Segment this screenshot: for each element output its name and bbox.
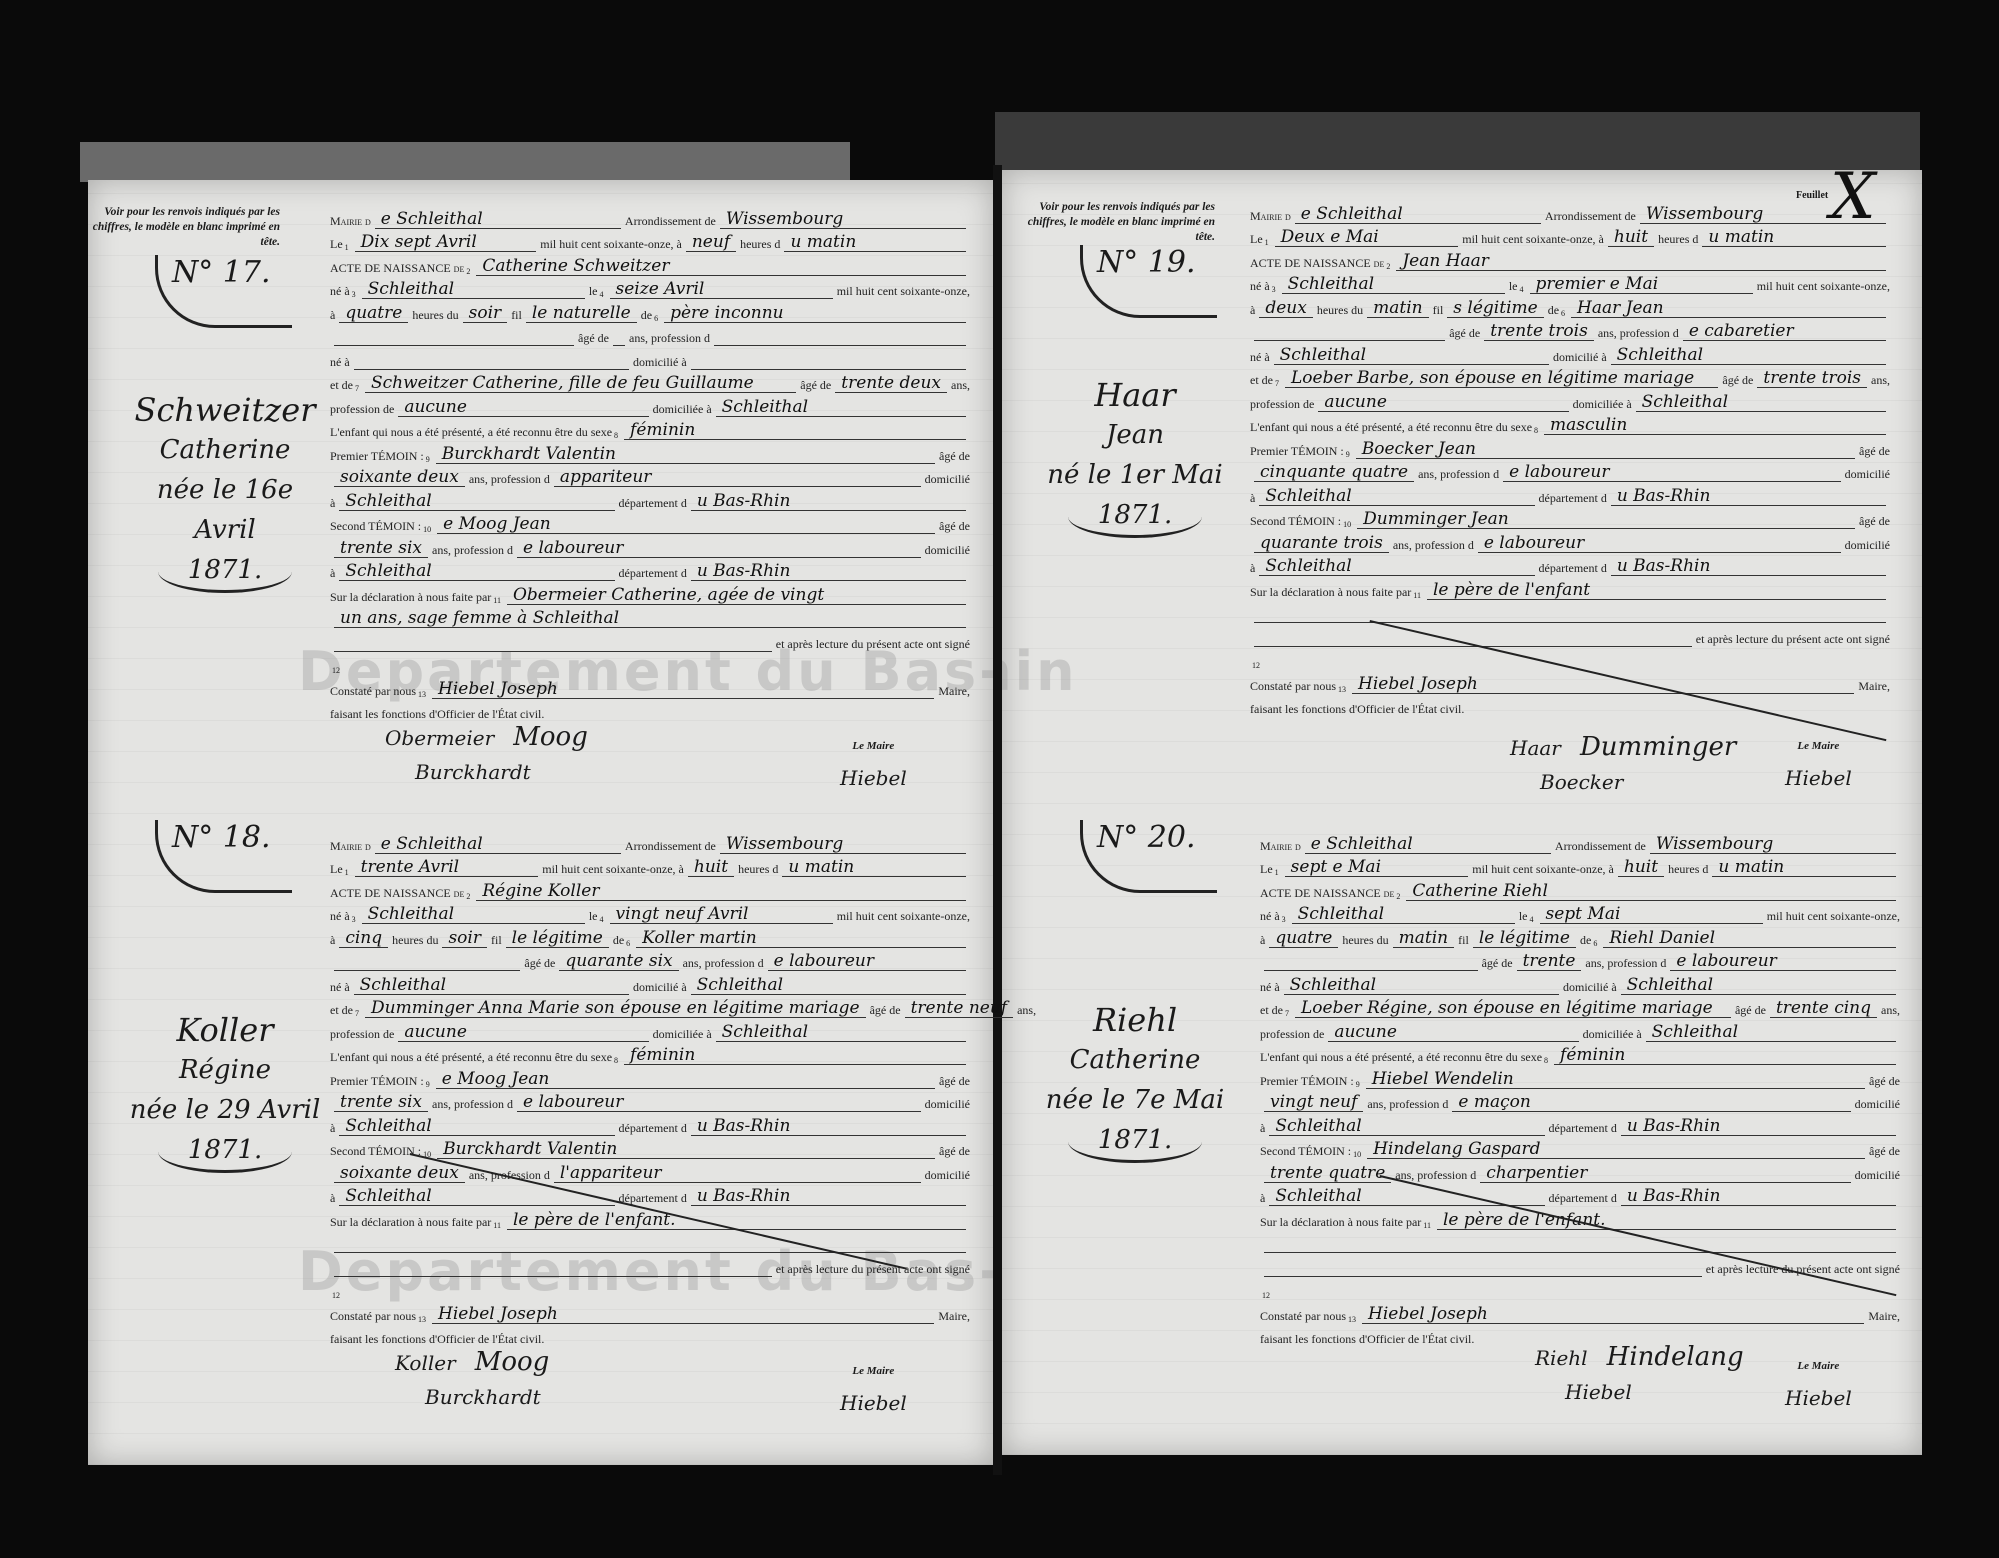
form-label: Arrondissement de: [625, 839, 716, 854]
witness1-department: u Bas-Rhin: [691, 1117, 966, 1136]
form-label: ans, profession d: [1393, 538, 1474, 553]
footnote-ref: 7: [355, 384, 359, 393]
margin-year: 1871.: [1068, 495, 1202, 538]
form-label: domiciliée à: [1573, 397, 1632, 412]
footnote-ref: 6: [654, 314, 658, 323]
footnote-ref: 4: [1530, 915, 1534, 924]
form-label: mil huit cent soixante-onze, à: [542, 862, 684, 877]
signature: Moog: [475, 1347, 550, 1377]
form-label: Le: [330, 237, 343, 252]
filiation: s légitime: [1447, 299, 1543, 318]
footnote-ref: 12: [1252, 661, 1260, 670]
act-hour: huit: [1618, 858, 1664, 877]
maire-signature: Hiebel: [1785, 1386, 1852, 1410]
father-name: Koller martin: [636, 929, 966, 948]
form-label: et de: [1250, 373, 1273, 388]
birth-date: sept Mai: [1540, 905, 1763, 924]
form-label: fil: [511, 308, 522, 323]
father-profession: e laboureur: [768, 952, 966, 971]
signature: Haar: [1510, 736, 1561, 760]
form-label: à: [330, 308, 335, 323]
declarant: le père de l'enfant: [1427, 581, 1886, 600]
form-label: ans, profession d: [432, 1097, 513, 1112]
birth-period: soir: [463, 304, 508, 323]
signature: Riehl: [1535, 1346, 1588, 1370]
form-label: à: [1260, 1191, 1265, 1206]
form-label: Maire,: [1868, 1309, 1900, 1324]
form-label: heures d: [740, 237, 780, 252]
binding-board-left: [80, 142, 850, 182]
margin-birth-date: né le 1er Mai: [1035, 455, 1235, 495]
footnote-ref: 9: [426, 455, 430, 464]
maire-signature: Hiebel: [1785, 766, 1852, 790]
form-label: âgé de: [870, 1003, 901, 1018]
form-label: âgé de: [524, 956, 555, 971]
form-label: né à: [1260, 909, 1280, 924]
mother-domicile: Schleithal: [1636, 393, 1886, 412]
witness1-place: Schleithal: [1259, 487, 1534, 506]
form-label: né à: [330, 980, 350, 995]
father-birthplace: Schleithal: [1274, 346, 1549, 365]
child-name: Catherine Schweitzer: [476, 257, 966, 276]
father-domicile: [691, 369, 966, 370]
form-label: domicilié: [1845, 538, 1890, 553]
mother-name: Dumminger Anna Marie son épouse en légit…: [365, 999, 866, 1018]
act-time-of-day: u matin: [784, 233, 966, 252]
form-label: heures du: [412, 308, 458, 323]
declarant: le père de l'enfant.: [1437, 1211, 1896, 1230]
witness2-name: Hindelang Gaspard: [1367, 1140, 1865, 1159]
father-profession: e laboureur: [1670, 952, 1896, 971]
signatures: Riehl HindelangHiebel: [1535, 1340, 1744, 1409]
father-age: quarante six: [559, 952, 678, 971]
form-label: Premier TÉMOIN :: [1250, 444, 1344, 459]
margin-given-name: Jean: [1035, 415, 1235, 455]
form-label: ACTE DE NAISSANCE de: [330, 261, 464, 276]
footnote-ref: 13: [1348, 1315, 1356, 1324]
maire-signature-block: Le MaireHiebel: [1785, 1360, 1852, 1410]
form-label: et de: [1260, 1003, 1283, 1018]
birthplace: Schleithal: [1282, 275, 1505, 294]
declarant-continued: un ans, sage femme à Schleithal: [334, 609, 966, 628]
father-profession: e cabaretier: [1683, 322, 1886, 341]
mother-profession: aucune: [398, 398, 648, 417]
mairie-value: e Schleithal: [375, 210, 621, 229]
form-label: L'enfant qui nous a été présenté, a été …: [330, 1050, 612, 1065]
mother-domicile: Schleithal: [716, 398, 966, 417]
footnote-ref: 10: [1353, 1150, 1361, 1159]
footnote-ref: 13: [1338, 685, 1346, 694]
birth-date: vingt neuf Avril: [610, 905, 833, 924]
footnote-ref: 3: [352, 915, 356, 924]
witness1-profession: e laboureur: [517, 1093, 921, 1112]
margin-given-name: Catherine: [125, 430, 325, 470]
margin-birth-date: née le 29 Avril: [125, 1090, 325, 1130]
margin-annotation: RiehlCatherinenée le 7e Mai1871.: [1035, 1000, 1235, 1163]
form-label: Le: [330, 862, 343, 877]
witness2-name: Burckhardt Valentin: [437, 1140, 935, 1159]
form-label: profession de: [1250, 397, 1314, 412]
form-label: et après lecture du présent acte ont sig…: [1696, 632, 1890, 647]
signature: Hindelang: [1607, 1342, 1744, 1372]
margin-annotation: HaarJeanné le 1er Mai1871.: [1035, 375, 1235, 538]
birth-act-form: Mairie de SchleithalArrondissement deWis…: [1260, 830, 1900, 1347]
witness2-place: Schleithal: [1259, 557, 1534, 576]
witness2-name: e Moog Jean: [437, 515, 935, 534]
footnote-ref: 6: [1593, 939, 1597, 948]
child-name: Catherine Riehl: [1406, 882, 1896, 901]
form-label: ans, profession d: [432, 543, 513, 558]
child-name: Jean Haar: [1396, 252, 1886, 271]
form-label: le: [1509, 279, 1518, 294]
arrondissement-value: Wissembourg: [1650, 835, 1896, 854]
witness1-place: Schleithal: [339, 492, 614, 511]
form-label: domicilié: [1855, 1168, 1900, 1183]
form-label: le: [589, 284, 598, 299]
civil-officer-name: Hiebel Joseph: [432, 1305, 934, 1324]
father-birthplace: Schleithal: [1284, 976, 1559, 995]
form-label: Arrondissement de: [1555, 839, 1646, 854]
father-birthplace: [354, 369, 629, 370]
form-label: à: [330, 1191, 335, 1206]
form-label: heures d: [1658, 232, 1698, 247]
mother-name: Loeber Barbe, son épouse en légitime mar…: [1285, 369, 1718, 388]
witness2-department: u Bas-Rhin: [691, 562, 966, 581]
footnote-ref: 2: [466, 892, 470, 901]
form-label: Constaté par nous: [330, 684, 416, 699]
form-label: et de: [330, 1003, 353, 1018]
form-label: Premier TÉMOIN :: [330, 1074, 424, 1089]
form-label: ans, profession d: [1585, 956, 1666, 971]
witness2-name: Dumminger Jean: [1357, 510, 1855, 529]
form-label: Mairie d: [1250, 209, 1291, 224]
form-label: âgé de: [1482, 956, 1513, 971]
witness2-profession: e laboureur: [517, 539, 921, 558]
footnote-ref: 1: [345, 868, 349, 877]
father-profession: [714, 345, 966, 346]
form-label: domicilié à: [1563, 980, 1617, 995]
form-label: domiciliée à: [1583, 1027, 1642, 1042]
mother-profession: aucune: [1328, 1023, 1578, 1042]
form-label: de: [1548, 303, 1559, 318]
form-label: Second TÉMOIN :: [1250, 514, 1341, 529]
mairie-value: e Schleithal: [375, 835, 621, 854]
act-date: Deux e Mai: [1275, 228, 1459, 247]
birth-act-form: Mairie de SchleithalArrondissement deWis…: [330, 830, 970, 1347]
act-date: sept e Mai: [1285, 858, 1469, 877]
form-label: né à: [1250, 350, 1270, 365]
form-label: ans, profession d: [683, 956, 764, 971]
form-label: né à: [330, 355, 350, 370]
birth-hour: cinq: [339, 929, 388, 948]
form-label: heures d: [738, 862, 778, 877]
birth-hour: quatre: [339, 304, 408, 323]
form-label: Constaté par nous: [1250, 679, 1336, 694]
form-label: âgé de: [939, 449, 970, 464]
witness2-place: Schleithal: [339, 562, 614, 581]
witness1-place: Schleithal: [1269, 1117, 1544, 1136]
form-label: département d: [619, 1121, 687, 1136]
witness1-name: Hiebel Wendelin: [1366, 1070, 1865, 1089]
act-time-of-day: u matin: [1702, 228, 1886, 247]
birth-period: matin: [1367, 299, 1428, 318]
footnote-ref: 2: [1396, 892, 1400, 901]
footnote-ref: 1: [345, 243, 349, 252]
form-label: heures du: [1317, 303, 1363, 318]
form-label: à: [1260, 933, 1265, 948]
margin-birth-date: née le 16e Avril: [125, 470, 325, 550]
form-label: le: [1519, 909, 1528, 924]
form-label: heures d: [1668, 862, 1708, 877]
watermark: Departement du Bas-Rhin: [1002, 640, 1078, 703]
form-label: Maire,: [938, 684, 970, 699]
form-label: département d: [1539, 491, 1607, 506]
witness2-age: quarante trois: [1254, 534, 1389, 553]
footnote-ref: 4: [1520, 285, 1524, 294]
footnote-ref: 8: [614, 431, 618, 440]
le-maire-label: Le Maire: [1785, 740, 1852, 752]
form-label: profession de: [1260, 1027, 1324, 1042]
father-age: trente trois: [1484, 322, 1594, 341]
father-age: [613, 345, 625, 346]
mairie-value: e Schleithal: [1295, 205, 1541, 224]
form-label: mil huit cent soixante-onze,: [837, 284, 970, 299]
margin-annotation: KollerRéginenée le 29 Avril1871.: [125, 1010, 325, 1173]
form-label: né à: [1250, 279, 1270, 294]
footnote-ref: 11: [493, 1221, 501, 1230]
form-label: né à: [330, 909, 350, 924]
footnote-ref: 11: [1413, 591, 1421, 600]
form-label: âgé de: [1869, 1074, 1900, 1089]
witness2-department: u Bas-Rhin: [1621, 1187, 1896, 1206]
mother-name: Schweitzer Catherine, fille de feu Guill…: [365, 374, 796, 393]
declarant-continued: [1254, 622, 1886, 623]
signature: Obermeier: [385, 726, 494, 750]
form-label: ans, profession d: [1395, 1168, 1476, 1183]
witness1-profession: e laboureur: [1503, 463, 1841, 482]
form-label: âgé de: [1722, 373, 1753, 388]
father-domicile: Schleithal: [1621, 976, 1896, 995]
footnote-ref: 2: [1386, 262, 1390, 271]
form-label: profession de: [330, 402, 394, 417]
signature: Burckhardt: [425, 1385, 541, 1409]
child-sex: masculin: [1544, 416, 1886, 435]
form-label: âgé de: [1859, 444, 1890, 459]
form-label: Mairie d: [330, 214, 371, 229]
footnote-ref: 12: [1262, 1291, 1270, 1300]
form-label: profession de: [330, 1027, 394, 1042]
maire-signature-block: Le MaireHiebel: [840, 1365, 907, 1415]
form-label: Premier TÉMOIN :: [1260, 1074, 1354, 1089]
birth-period: soir: [442, 929, 487, 948]
birth-act-form: Mairie de SchleithalArrondissement deWis…: [330, 205, 970, 722]
filiation: le légitime: [1473, 929, 1576, 948]
form-label: âgé de: [1859, 514, 1890, 529]
form-label: de: [613, 933, 624, 948]
renvois-note: Voir pour les renvois indiqués par les c…: [1025, 200, 1215, 245]
maire-signature-block: Le MaireHiebel: [1785, 740, 1852, 790]
form-label: et de: [330, 378, 353, 393]
form-label: ans, profession d: [629, 331, 710, 346]
witness2-age: soixante deux: [334, 1164, 465, 1183]
signature: Dumminger: [1580, 732, 1736, 762]
form-label: domicilié à: [1553, 350, 1607, 365]
form-label: à: [1250, 303, 1255, 318]
form-label: Arrondissement de: [625, 214, 716, 229]
form-label: Premier TÉMOIN :: [330, 449, 424, 464]
renvois-note: Voir pour les renvois indiqués par les c…: [90, 205, 280, 250]
footnote-ref: 1: [1265, 238, 1269, 247]
mother-name: Loeber Régine, son épouse en légitime ma…: [1295, 999, 1731, 1018]
form-label: Arrondissement de: [1545, 209, 1636, 224]
footnote-ref: 7: [1285, 1009, 1289, 1018]
margin-surname: Koller: [125, 1010, 325, 1050]
act-time-of-day: u matin: [1712, 858, 1896, 877]
form-label: domicilié: [925, 1097, 970, 1112]
father-domicile: Schleithal: [1611, 346, 1886, 365]
form-label: heures du: [392, 933, 438, 948]
footnote-ref: 10: [1343, 520, 1351, 529]
birthplace: Schleithal: [362, 280, 585, 299]
father-name: Haar Jean: [1571, 299, 1886, 318]
act-hour: huit: [688, 858, 734, 877]
footnote-ref: 3: [1282, 915, 1286, 924]
mother-age: trente deux: [835, 374, 947, 393]
birth-hour: quatre: [1269, 929, 1338, 948]
form-label: faisant les fonctions d'Officier de l'Ét…: [1250, 702, 1464, 717]
form-label: domicilié à: [633, 980, 687, 995]
witness2-profession: l'appariteur: [554, 1164, 921, 1183]
form-label: mil huit cent soixante-onze,: [1757, 279, 1890, 294]
signatures: Haar DummingerBoecker: [1510, 730, 1736, 799]
father-domicile: Schleithal: [691, 976, 966, 995]
form-label: ans,: [1871, 373, 1890, 388]
form-label: ACTE DE NAISSANCE de: [1250, 256, 1384, 271]
form-label: âgé de: [939, 519, 970, 534]
footnote-ref: 9: [426, 1080, 430, 1089]
act-hour: huit: [1608, 228, 1654, 247]
form-label: domicilié à: [633, 355, 687, 370]
binding-gutter: [993, 165, 1002, 1475]
form-label: à: [330, 566, 335, 581]
form-label: mil huit cent soixante-onze, à: [1462, 232, 1604, 247]
filiation: le légitime: [506, 929, 609, 948]
birth-date: seize Avril: [610, 280, 833, 299]
margin-annotation: SchweitzerCatherinenée le 16e Avril1871.: [125, 390, 325, 593]
form-label: Constaté par nous: [330, 1309, 416, 1324]
footnote-ref: 7: [1275, 379, 1279, 388]
father-age: trente: [1517, 952, 1582, 971]
maire-signature-block: Le MaireHiebel: [840, 740, 907, 790]
form-label: département d: [1549, 1121, 1617, 1136]
footnote-ref: 13: [418, 1315, 426, 1324]
witness1-department: u Bas-Rhin: [1611, 487, 1886, 506]
declarant-continued: [334, 1252, 966, 1253]
footnote-ref: 9: [1346, 450, 1350, 459]
form-label: domicilié: [925, 543, 970, 558]
footnote-ref: 9: [1356, 1080, 1360, 1089]
margin-birth-date: née le 7e Mai: [1035, 1080, 1235, 1120]
form-label: fil: [1458, 933, 1469, 948]
signature: Koller: [395, 1351, 456, 1375]
footnote-ref: 8: [614, 1056, 618, 1065]
form-label: âgé de: [1869, 1144, 1900, 1159]
form-label: Le: [1260, 862, 1273, 877]
witness1-profession: e maçon: [1452, 1093, 1850, 1112]
footnote-ref: 8: [1544, 1056, 1548, 1065]
witness1-age: cinquante quatre: [1254, 463, 1414, 482]
form-label: domicilié: [925, 1168, 970, 1183]
maire-signature: Hiebel: [840, 1391, 907, 1415]
signature: Burckhardt: [415, 760, 531, 784]
mother-profession: aucune: [398, 1023, 648, 1042]
child-sex: féminin: [624, 1046, 966, 1065]
footnote-ref: 2: [466, 267, 470, 276]
mother-profession: aucune: [1318, 393, 1568, 412]
form-label: âgé de: [939, 1144, 970, 1159]
mother-domicile: Schleithal: [1646, 1023, 1896, 1042]
birth-date: premier e Mai: [1530, 275, 1753, 294]
form-label: ans, profession d: [1418, 467, 1499, 482]
form-label: Second TÉMOIN :: [1260, 1144, 1351, 1159]
witness1-name: Boecker Jean: [1356, 440, 1855, 459]
footnote-ref: 13: [418, 690, 426, 699]
witness1-place: Schleithal: [339, 1117, 614, 1136]
form-label: mil huit cent soixante-onze, à: [540, 237, 682, 252]
form-label: ans,: [951, 378, 970, 393]
filiation: le naturelle: [526, 304, 637, 323]
margin-year: 1871.: [158, 550, 292, 593]
arrondissement-value: Wissembourg: [720, 835, 966, 854]
form-label: Sur la déclaration à nous faite par: [330, 1215, 491, 1230]
footnote-ref: 6: [1561, 309, 1565, 318]
footnote-ref: 7: [355, 1009, 359, 1018]
form-label: âgé de: [939, 1074, 970, 1089]
form-label: et après lecture du présent acte ont sig…: [776, 637, 970, 652]
footnote-ref: 10: [423, 525, 431, 534]
witness1-profession: appariteur: [554, 468, 921, 487]
margin-given-name: Régine: [125, 1050, 325, 1090]
witness2-age: trente quatre: [1264, 1164, 1391, 1183]
mother-age: trente cinq: [1770, 999, 1877, 1018]
form-label: département d: [1549, 1191, 1617, 1206]
act-time-of-day: u matin: [782, 858, 966, 877]
signatures: Obermeier MoogBurckhardt: [385, 720, 588, 789]
footnote-ref: 1: [1275, 868, 1279, 877]
form-label: et après lecture du présent acte ont sig…: [776, 1262, 970, 1277]
form-label: Mairie d: [1260, 839, 1301, 854]
witness1-name: e Moog Jean: [436, 1070, 935, 1089]
declarant: le père de l'enfant.: [507, 1211, 966, 1230]
birth-period: matin: [1393, 929, 1454, 948]
footnote-ref: 12: [332, 1291, 340, 1300]
declarant-continued: [1264, 1252, 1896, 1253]
footnote-ref: 4: [600, 915, 604, 924]
form-label: ans, profession d: [1367, 1097, 1448, 1112]
margin-surname: Riehl: [1035, 1000, 1235, 1040]
father-name: père inconnu: [664, 304, 966, 323]
child-sex: féminin: [624, 421, 966, 440]
witness2-profession: charpentier: [1480, 1164, 1850, 1183]
margin-surname: Schweitzer: [125, 390, 325, 430]
signature: Moog: [513, 722, 588, 752]
form-label: département d: [619, 566, 687, 581]
form-label: né à: [330, 284, 350, 299]
mother-domicile: Schleithal: [716, 1023, 966, 1042]
form-label: Maire,: [938, 1309, 970, 1324]
form-label: Second TÉMOIN :: [330, 519, 421, 534]
form-label: Constaté par nous: [1260, 1309, 1346, 1324]
